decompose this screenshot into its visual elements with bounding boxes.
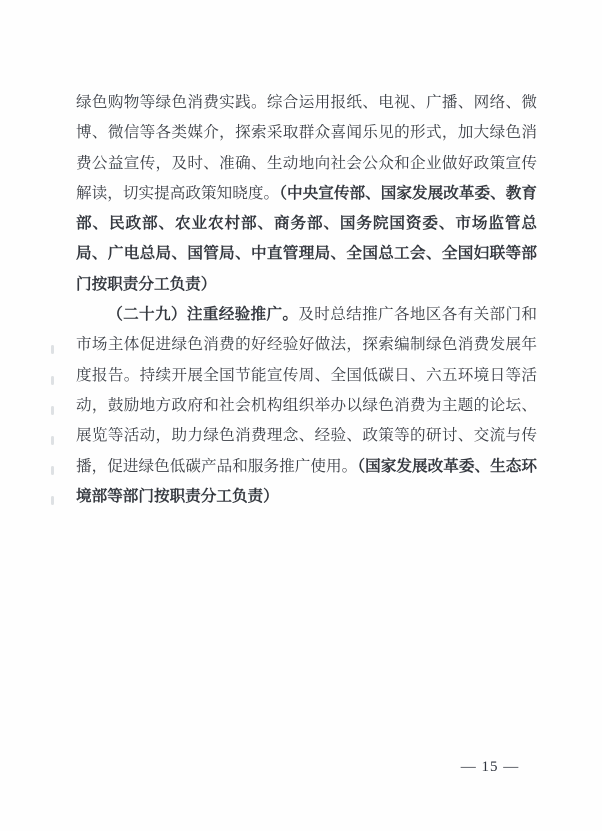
paragraph: 绿色购物等绿色消费实践。综合运用报纸、电视、广播、网络、微博、微信等各类媒介，探… bbox=[76, 88, 537, 300]
scan-artifact bbox=[51, 466, 54, 475]
document-body: 绿色购物等绿色消费实践。综合运用报纸、电视、广播、网络、微博、微信等各类媒介，探… bbox=[76, 88, 537, 512]
text-segment-emphasis: （二十九）注重经验推广。 bbox=[107, 306, 298, 323]
text-segment: 及时总结推广各地区各有关部门和市场主体促进绿色消费的好经验好做法，探索编制绿色消… bbox=[76, 306, 537, 474]
scan-artifact bbox=[51, 436, 54, 445]
page-number: — 15 — bbox=[455, 757, 525, 777]
scan-artifact bbox=[51, 406, 54, 415]
paragraph: （二十九）注重经验推广。及时总结推广各地区各有关部门和市场主体促进绿色消费的好经… bbox=[76, 300, 537, 512]
scan-artifact bbox=[51, 496, 54, 505]
document-page: 绿色购物等绿色消费实践。综合运用报纸、电视、广播、网络、微博、微信等各类媒介，探… bbox=[0, 0, 602, 831]
scan-artifact bbox=[51, 345, 54, 354]
scan-artifact bbox=[51, 376, 54, 385]
